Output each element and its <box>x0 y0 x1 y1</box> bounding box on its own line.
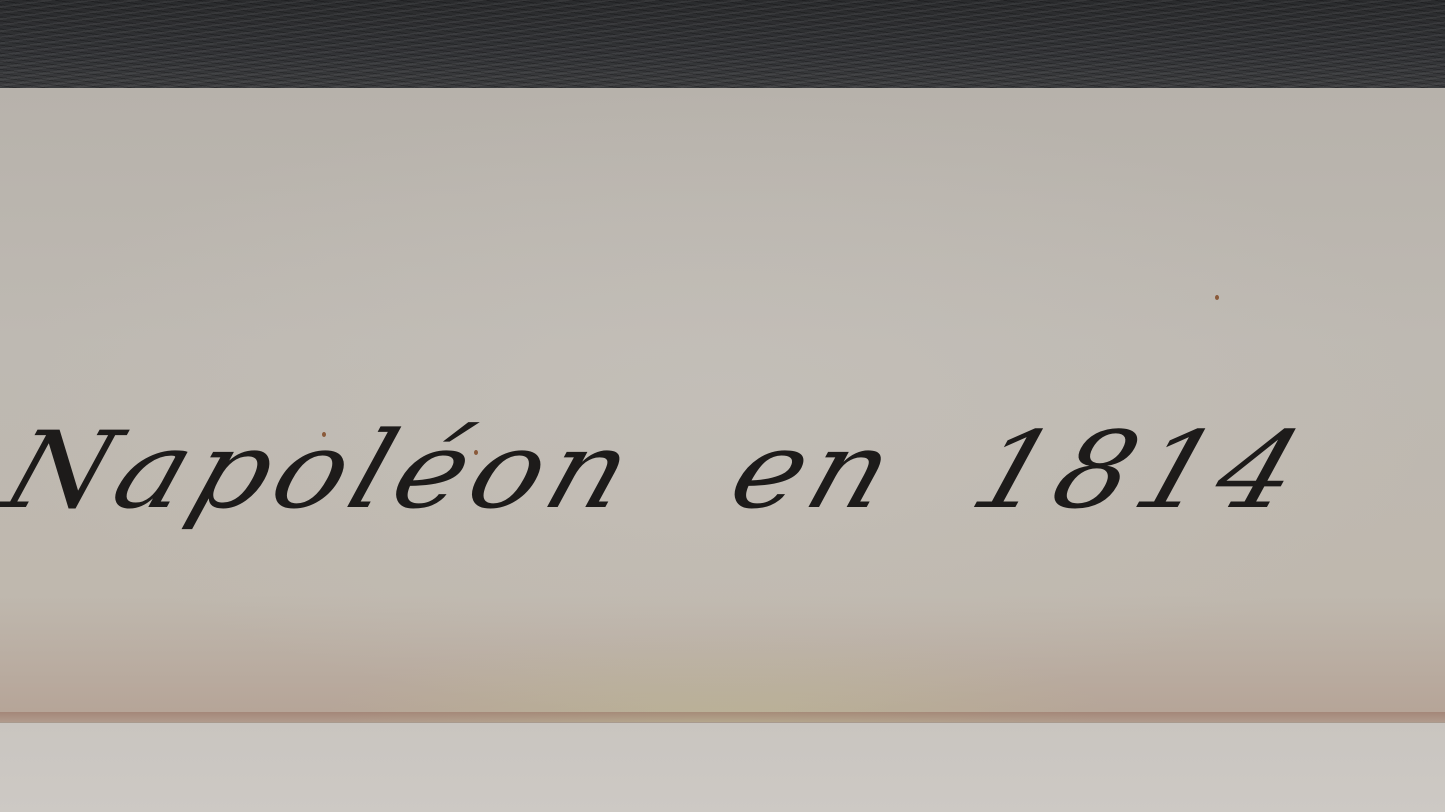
engraving-image-bottom-edge <box>0 0 1445 90</box>
foxing-spot <box>1215 295 1219 300</box>
inscription-name: Napoléon <box>0 389 659 551</box>
inscription-year: 1814 <box>951 389 1328 551</box>
inscription: Napoléon en 1814 <box>0 389 1445 551</box>
mount-board <box>0 722 1445 812</box>
inscription-preposition: en <box>710 389 920 551</box>
